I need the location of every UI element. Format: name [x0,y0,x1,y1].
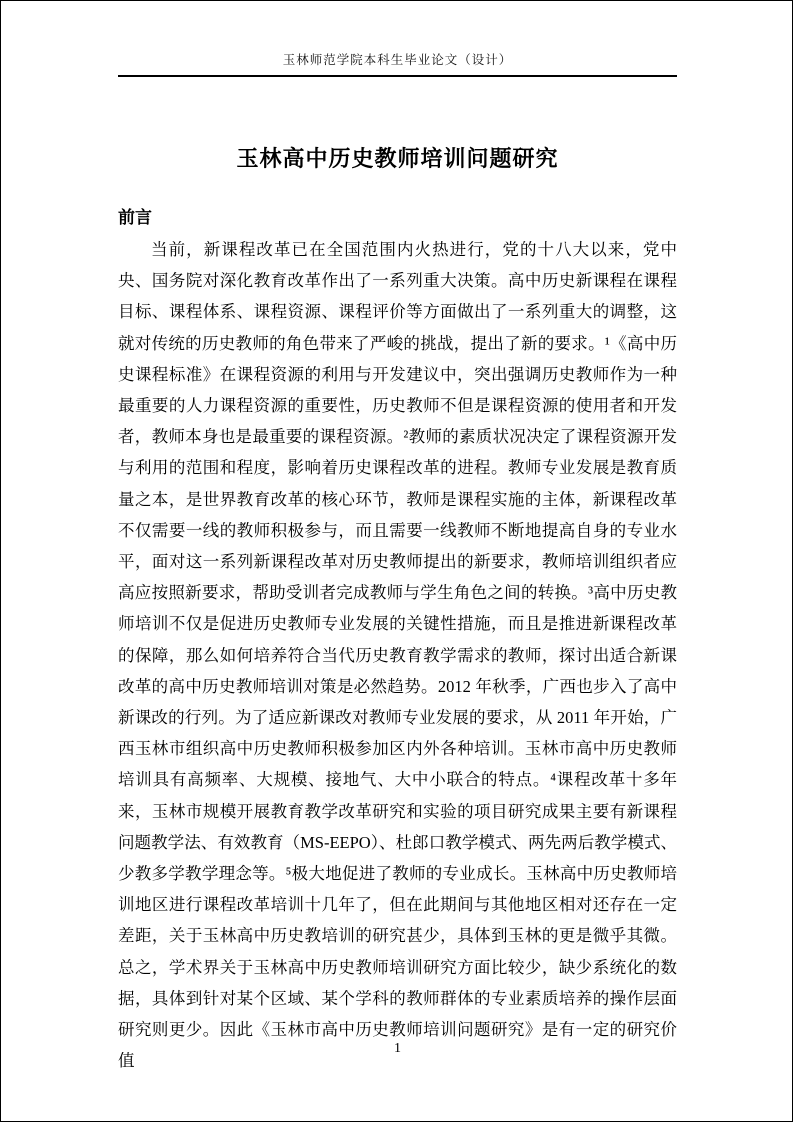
document-title: 玉林高中历史教师培训问题研究 [1,142,793,173]
page-number: 1 [1,1041,793,1057]
running-header: 玉林师范学院本科生毕业论文（设计） [118,50,677,68]
document-page: 玉林师范学院本科生毕业论文（设计） 玉林高中历史教师培训问题研究 前言 当前，新… [0,0,793,1122]
section-heading-foreword: 前言 [118,203,152,228]
header-divider-line [118,75,677,77]
body-paragraph: 当前，新课程改革已在全国范围内火热进行，党的十八大以来，党中央、国务院对深化教育… [118,234,677,1076]
